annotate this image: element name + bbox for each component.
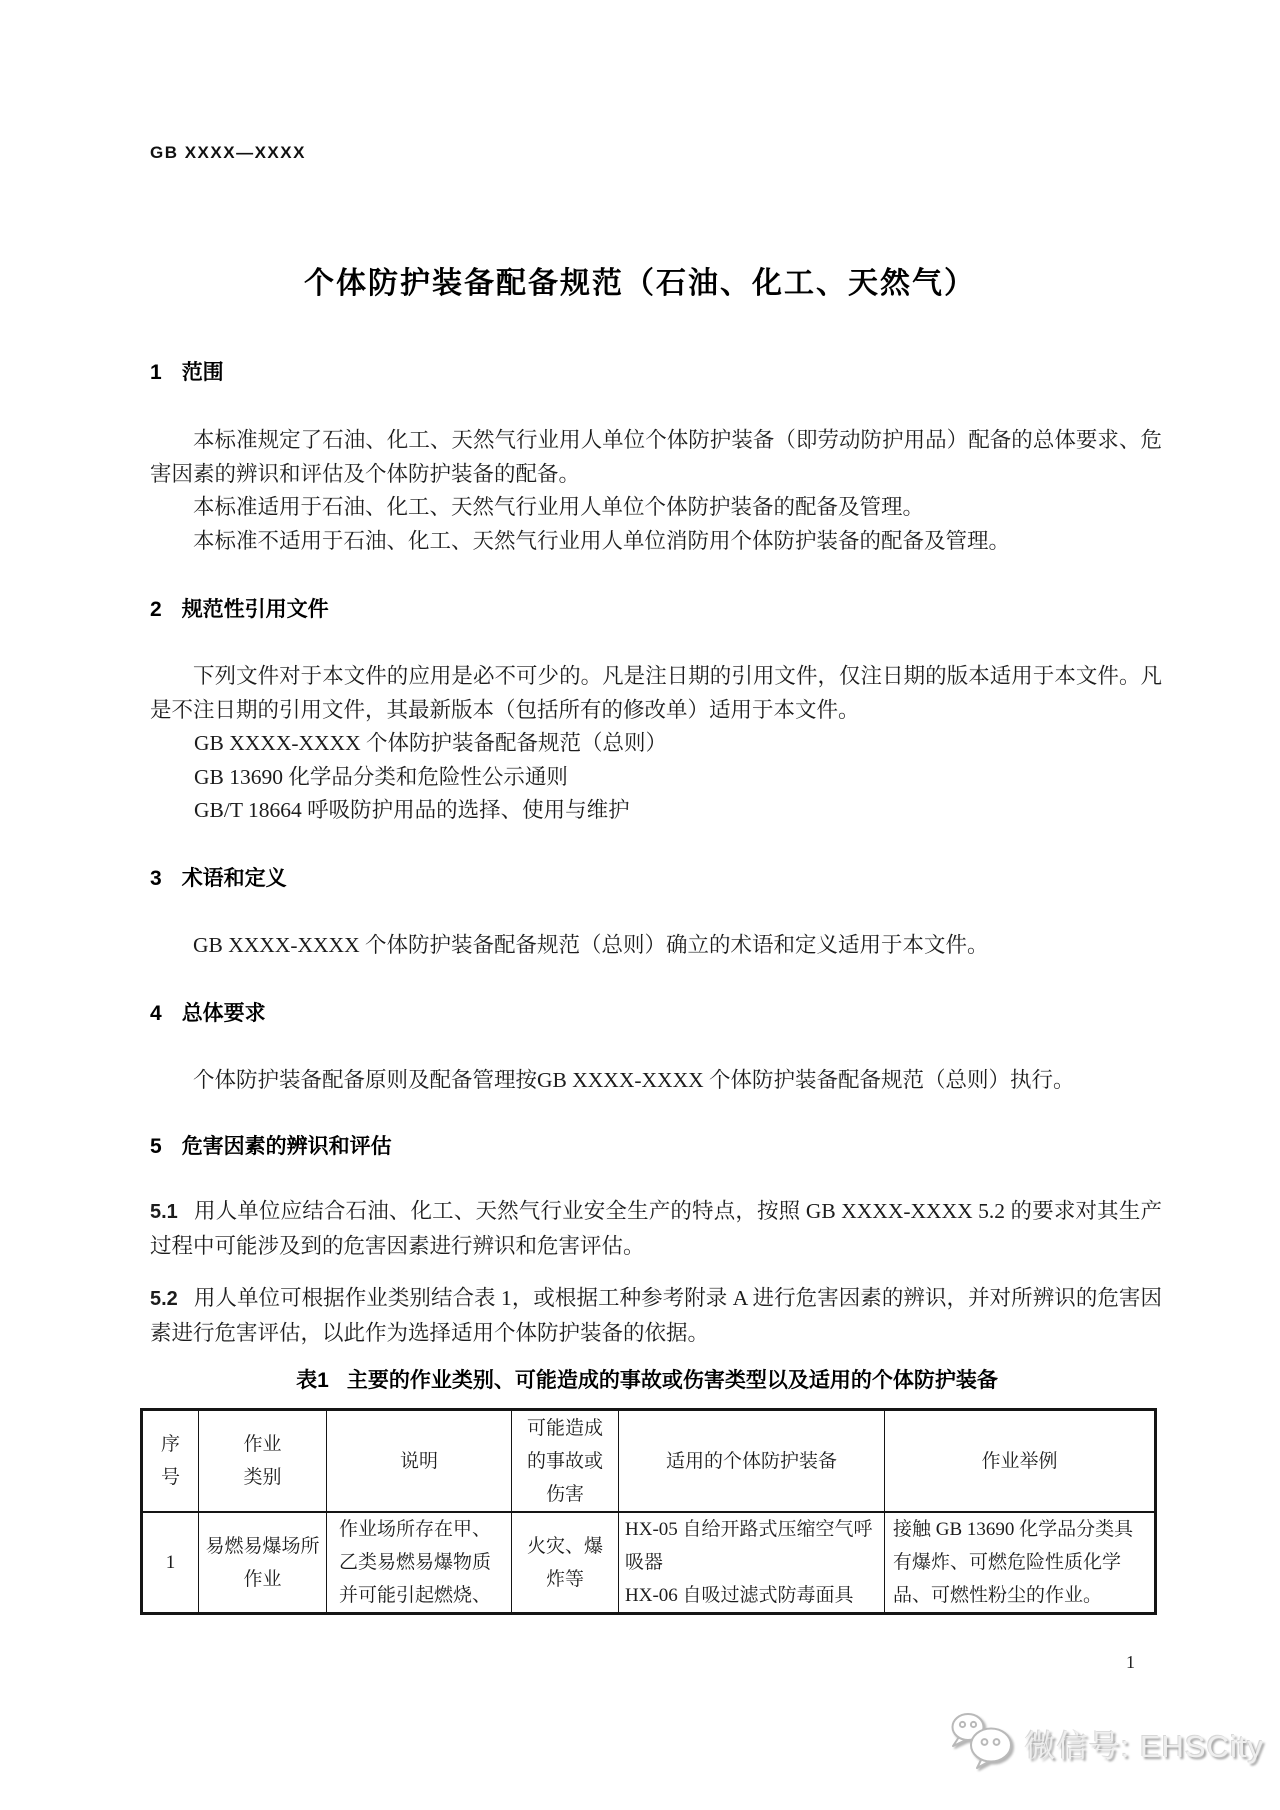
- ppe-item: HX-05 自给开路式压缩空气呼吸器: [625, 1513, 878, 1579]
- section-4-heading: 4总体要求: [150, 997, 1162, 1027]
- section-title: 术语和定义: [182, 867, 287, 890]
- cell-examples: 接触 GB 13690 化学品分类具有爆炸、可燃危险性质化学品、可燃性粉尘的作业…: [885, 1512, 1156, 1614]
- reference-item: GB/T 18664 呼吸防护用品的选择、使用与维护: [150, 794, 1162, 828]
- page-title: 个体防护装备配备规范（石油、化工、天然气）: [0, 258, 1280, 302]
- section-number: 4: [150, 1002, 162, 1026]
- col-header-ppe: 适用的个体防护装备: [619, 1410, 885, 1513]
- table-1: 序 号 作业 类别 说明 可能造成的事故或伤害 适用的个体防护装备 作业举例 1…: [140, 1408, 1154, 1615]
- reference-item: GB XXXX-XXXX 个体防护装备配备规范（总则）: [150, 727, 1162, 761]
- section-3-heading: 3术语和定义: [150, 862, 1162, 892]
- section-title: 总体要求: [182, 1002, 266, 1025]
- section-number: 5: [150, 1135, 162, 1159]
- table-caption: 表1主要的作业类别、可能造成的事故或伤害类型以及适用的个体防护装备: [140, 1364, 1154, 1394]
- reference-item: GB 13690 化学品分类和危险性公示通则: [150, 761, 1162, 795]
- clause-text: 用人单位应结合石油、化工、天然气行业安全生产的特点，按照 GB XXXX-XXX…: [150, 1199, 1162, 1258]
- section-title: 危害因素的辨识和评估: [182, 1135, 392, 1158]
- table-caption-label: 表1: [296, 1369, 329, 1392]
- doc-ref-code: GB XXXX—XXXX: [150, 143, 306, 163]
- paragraph: 本标准不适用于石油、化工、天然气行业用人单位消防用个体防护装备的配备及管理。: [150, 525, 1162, 559]
- section-1-heading: 1范围: [150, 356, 1162, 386]
- cell-description: 作业场所存在甲、乙类易燃易爆物质并可能引起燃烧、: [327, 1512, 512, 1614]
- clause-5-2: 5.2用人单位可根据作业类别结合表 1，或根据工种参考附录 A 进行危害因素的辨…: [150, 1282, 1162, 1350]
- table-row: 1 易燃易爆场所作业 作业场所存在甲、乙类易燃易爆物质并可能引起燃烧、 火灾、爆…: [142, 1512, 1156, 1614]
- section-4-body: 个体防护装备配备原则及配备管理按GB XXXX-XXXX 个体防护装备配备规范（…: [150, 1064, 1162, 1098]
- paragraph: 下列文件对于本文件的应用是必不可少的。凡是注日期的引用文件，仅注日期的版本适用于…: [150, 660, 1162, 727]
- section-2-heading: 2规范性引用文件: [150, 593, 1162, 623]
- col-header-no: 序 号: [142, 1410, 199, 1513]
- col-header-description: 说明: [327, 1410, 512, 1513]
- cell-ppe: HX-05 自给开路式压缩空气呼吸器 HX-06 自吸过滤式防毒面具: [619, 1512, 885, 1614]
- col-header-category: 作业 类别: [199, 1410, 327, 1513]
- cell-no: 1: [142, 1512, 199, 1614]
- col-header-examples: 作业举例: [885, 1410, 1156, 1513]
- wechat-icon: [949, 1712, 1015, 1775]
- section-number: 1: [150, 361, 162, 385]
- watermark: 微信号: EHSCity: [949, 1712, 1264, 1775]
- clause-5-1: 5.1用人单位应结合石油、化工、天然气行业安全生产的特点，按照 GB XXXX-…: [150, 1195, 1162, 1263]
- section-5-heading: 5危害因素的辨识和评估: [150, 1130, 1162, 1160]
- cell-accident: 火灾、爆炸等: [512, 1512, 619, 1614]
- section-number: 3: [150, 867, 162, 891]
- section-3-body: GB XXXX-XXXX 个体防护装备配备规范（总则）确立的术语和定义适用于本文…: [150, 929, 1162, 963]
- table-header-row: 序 号 作业 类别 说明 可能造成的事故或伤害 适用的个体防护装备 作业举例: [142, 1410, 1156, 1513]
- section-2-body: 下列文件对于本文件的应用是必不可少的。凡是注日期的引用文件，仅注日期的版本适用于…: [150, 660, 1162, 828]
- section-title: 范围: [182, 361, 224, 384]
- paragraph: 个体防护装备配备原则及配备管理按GB XXXX-XXXX 个体防护装备配备规范（…: [150, 1064, 1162, 1098]
- clause-number: 5.2: [150, 1288, 178, 1310]
- clause-text: 用人单位可根据作业类别结合表 1，或根据工种参考附录 A 进行危害因素的辨识，并…: [150, 1286, 1162, 1345]
- paragraph: 本标准适用于石油、化工、天然气行业用人单位个体防护装备的配备及管理。: [150, 491, 1162, 525]
- page-number: 1: [1126, 1652, 1135, 1673]
- document-page: { "document": { "ref_code": "GB XXXX—XXX…: [0, 0, 1280, 1810]
- paragraph: GB XXXX-XXXX 个体防护装备配备规范（总则）确立的术语和定义适用于本文…: [150, 929, 1162, 963]
- col-header-accident: 可能造成的事故或伤害: [512, 1410, 619, 1513]
- section-number: 2: [150, 598, 162, 622]
- cell-category: 易燃易爆场所作业: [199, 1512, 327, 1614]
- table-caption-text: 主要的作业类别、可能造成的事故或伤害类型以及适用的个体防护装备: [347, 1369, 998, 1392]
- watermark-text: 微信号: EHSCity: [1025, 1721, 1264, 1766]
- paragraph: 本标准规定了石油、化工、天然气行业用人单位个体防护装备（即劳动防护用品）配备的总…: [150, 424, 1162, 491]
- ppe-item: HX-06 自吸过滤式防毒面具: [625, 1579, 878, 1612]
- section-1-body: 本标准规定了石油、化工、天然气行业用人单位个体防护装备（即劳动防护用品）配备的总…: [150, 424, 1162, 558]
- section-title: 规范性引用文件: [182, 598, 329, 621]
- clause-number: 5.1: [150, 1201, 178, 1223]
